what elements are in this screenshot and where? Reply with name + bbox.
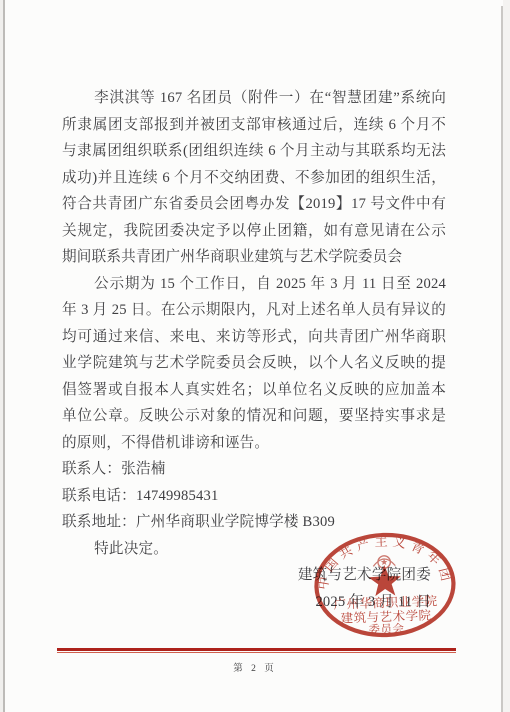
paragraph-public-notice-period: 公示期为 15 个工作日，自 2025 年 3 月 11 日至 2024 年 3…	[62, 271, 446, 457]
document-page: 李淇淇等 167 名团员（附件一）在“智慧团建”系统向所隶属团支部报到并被团支部…	[0, 0, 510, 712]
photo-right-margin	[503, 0, 510, 712]
official-seal: 中国共产主义青年团 广州华商职业学院 建筑与艺术学院 委员会	[309, 527, 461, 644]
page-number: 第 2 页	[0, 660, 510, 674]
footer-rule-thin	[57, 652, 456, 654]
footer-red-rule	[57, 648, 456, 653]
footer-rule-thick	[57, 648, 456, 651]
paragraph-membership-decision: 李淇淇等 167 名团员（附件一）在“智慧团建”系统向所隶属团支部报到并被团支部…	[62, 85, 446, 271]
contact-person: 联系人：张浩楠	[62, 456, 446, 483]
seal-star	[368, 564, 401, 596]
seal-line3: 委员会	[368, 621, 404, 636]
seal-line2: 建筑与艺术学院	[340, 607, 431, 625]
page-left-edge	[3, 0, 5, 712]
contact-phone: 联系电话：14749985431	[62, 483, 446, 510]
